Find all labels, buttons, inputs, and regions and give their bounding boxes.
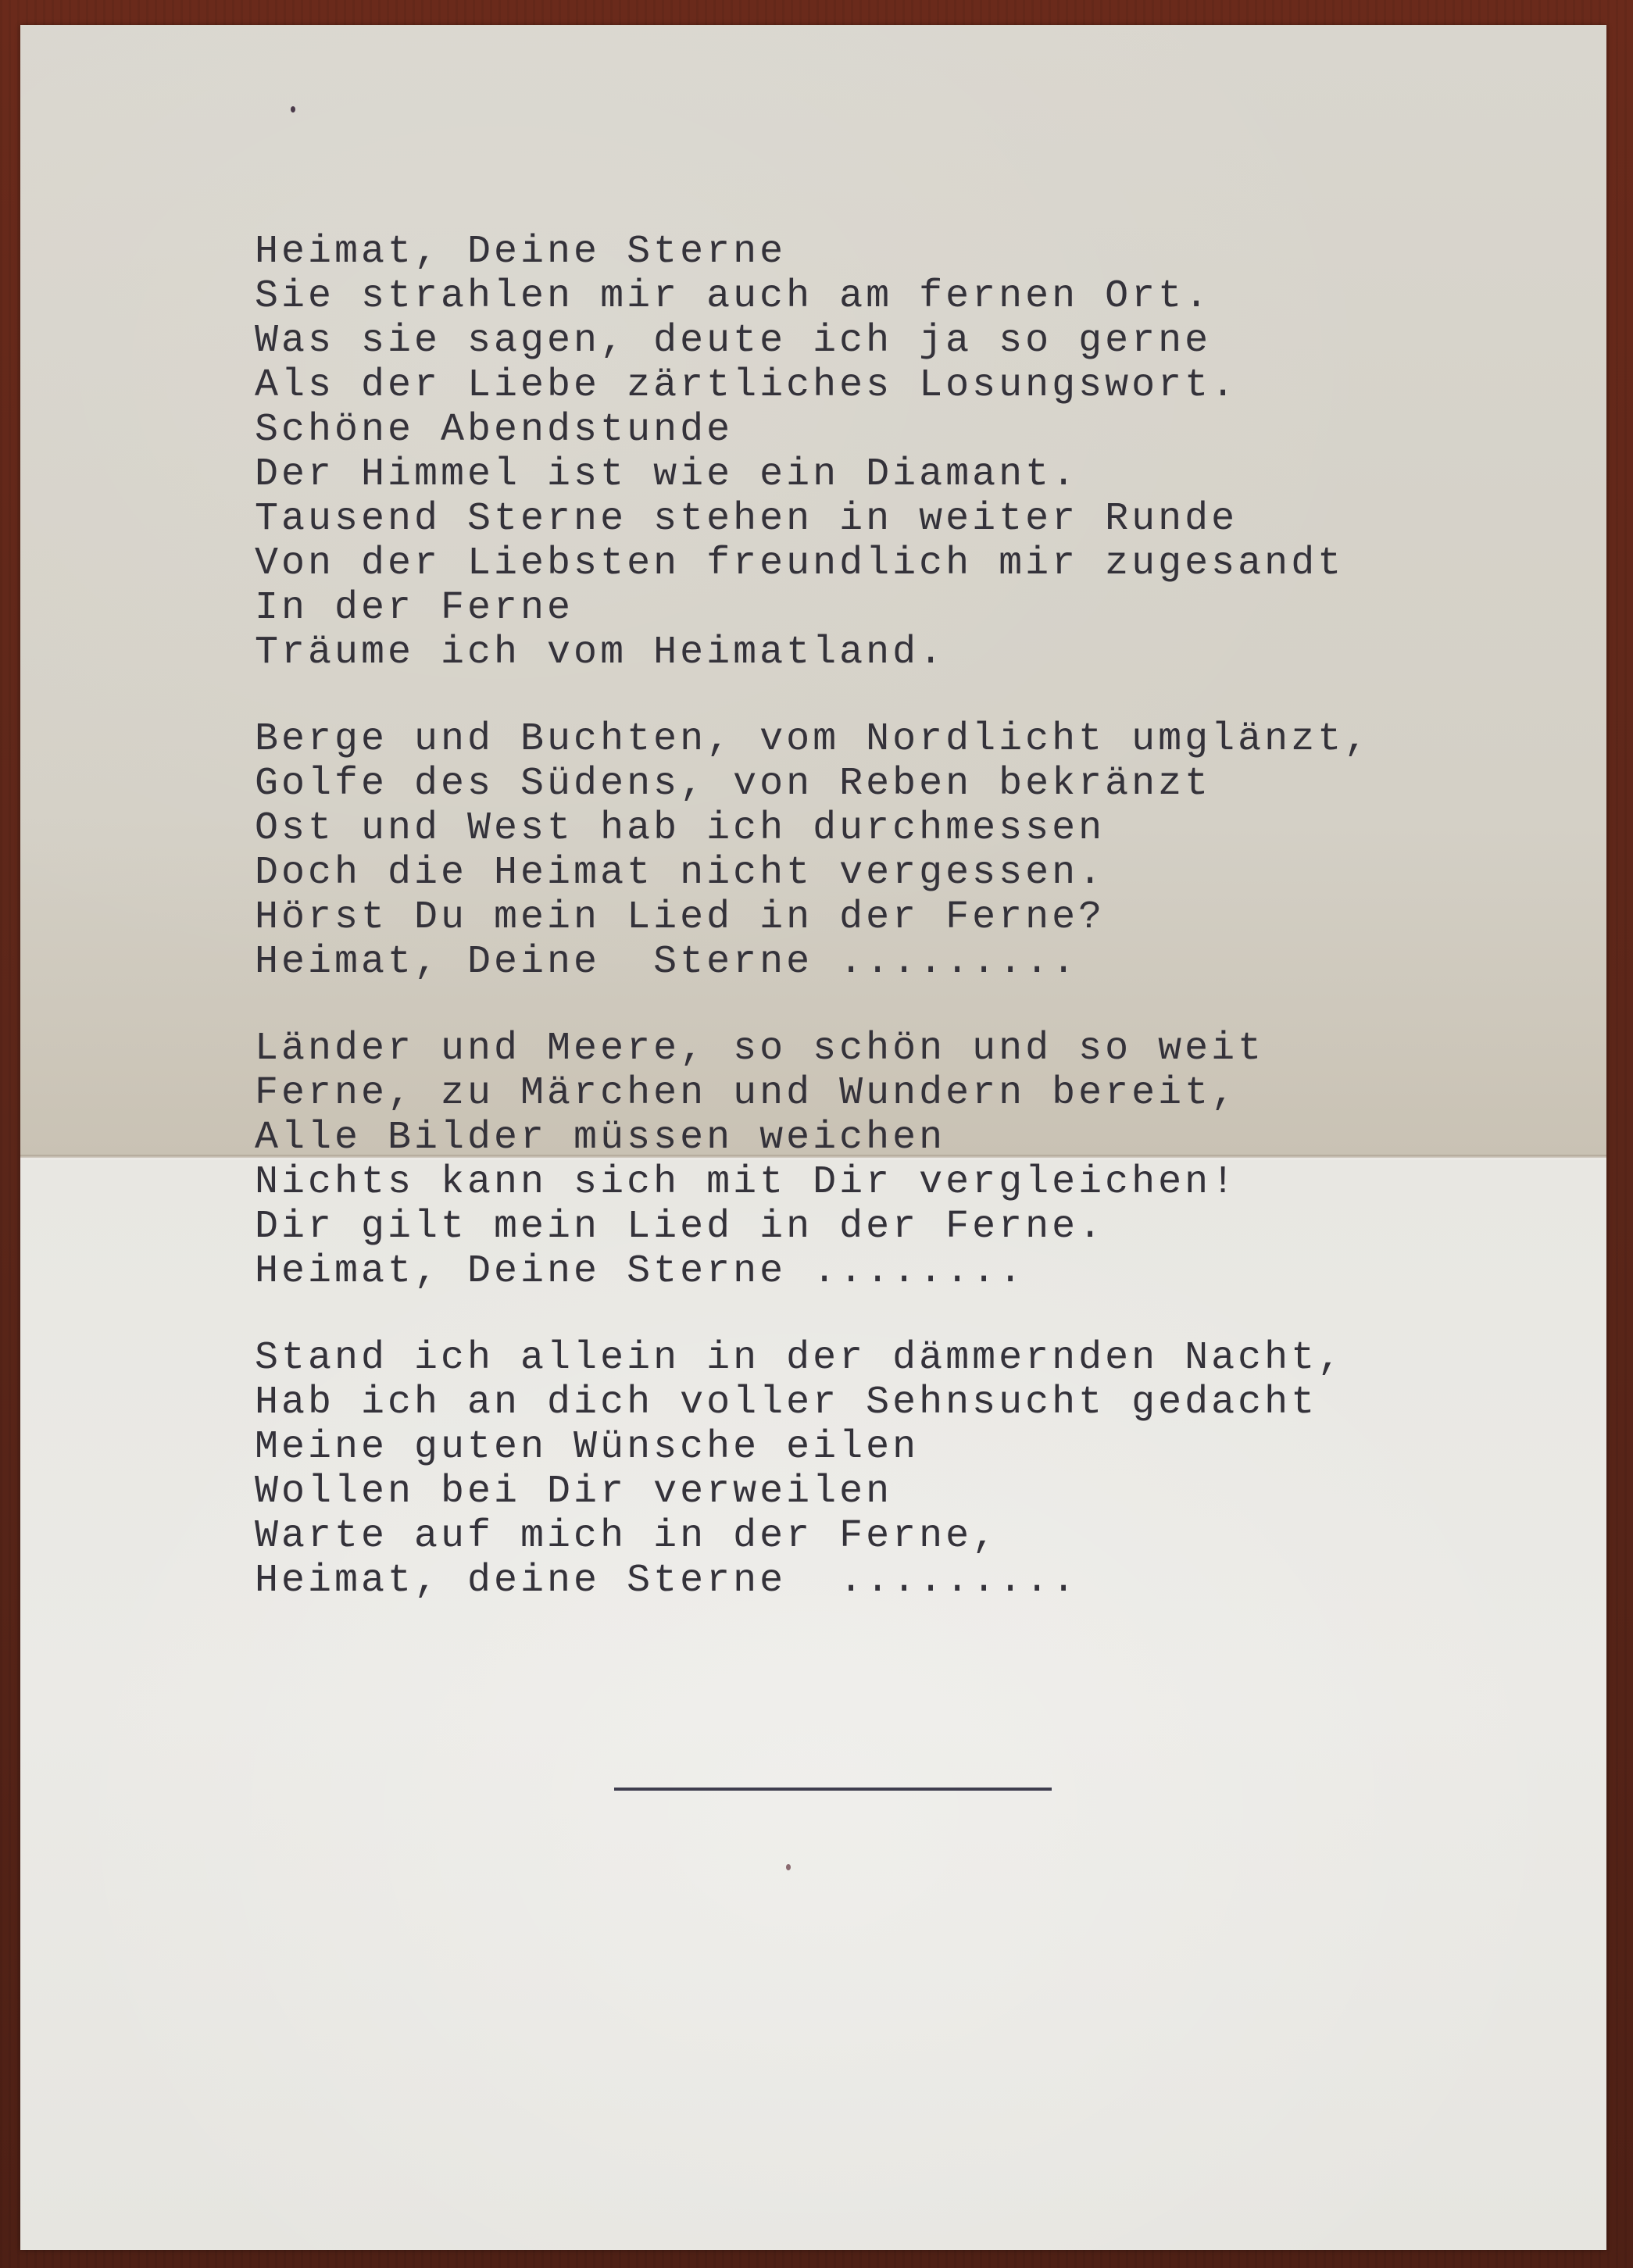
poem-line: Alle Bilder müssen weichen [255, 1116, 1370, 1160]
poem-line: Ost und West hab ich durchmessen [255, 806, 1370, 851]
poem-line: Hörst Du mein Lied in der Ferne? [255, 895, 1370, 940]
poem-line: Was sie sagen, deute ich ja so gerne [255, 319, 1370, 363]
stanza-3: Länder und Meere, so schön und so weit F… [255, 1027, 1370, 1294]
poem-line: Heimat, Deine Sterne ......... [255, 940, 1370, 984]
poem-line: Warte auf mich in der Ferne, [255, 1514, 1370, 1559]
paper-sheet: Heimat, Deine Sterne Sie strahlen mir au… [20, 25, 1606, 2250]
poem-line: Träume ich vom Heimatland. [255, 630, 1370, 675]
stanza-1: Heimat, Deine Sterne Sie strahlen mir au… [255, 230, 1370, 675]
poem-line: Schöne Abendstunde [255, 408, 1370, 452]
poem-line: Meine guten Wünsche eilen [255, 1425, 1370, 1470]
poem-line: Hab ich an dich voller Sehnsucht gedacht [255, 1380, 1370, 1425]
poem-line: Ferne, zu Märchen und Wundern bereit, [255, 1071, 1370, 1116]
poem-line: Länder und Meere, so schön und so weit [255, 1027, 1370, 1071]
stanza-2: Berge und Buchten, vom Nordlicht umglänz… [255, 717, 1370, 984]
poem-line: Golfe des Südens, von Reben bekränzt [255, 762, 1370, 806]
poem-line: Tausend Sterne stehen in weiter Runde [255, 497, 1370, 541]
poem-line: In der Ferne [255, 586, 1370, 630]
stanza-4: Stand ich allein in der dämmernden Nacht… [255, 1336, 1370, 1603]
poem-line: Nichts kann sich mit Dir vergleichen! [255, 1160, 1370, 1205]
poem-line: Heimat, Deine Sterne ........ [255, 1249, 1370, 1294]
ink-speck [291, 106, 295, 113]
poem-line: Berge und Buchten, vom Nordlicht umglänz… [255, 717, 1370, 762]
poem-line: Doch die Heimat nicht vergessen. [255, 851, 1370, 895]
poem-line: Heimat, Deine Sterne [255, 230, 1370, 274]
poem-line: Dir gilt mein Lied in der Ferne. [255, 1205, 1370, 1249]
poem-line: Wollen bei Dir verweilen [255, 1470, 1370, 1514]
poem-line: Als der Liebe zärtliches Losungswort. [255, 363, 1370, 408]
poem-line: Stand ich allein in der dämmernden Nacht… [255, 1336, 1370, 1380]
closing-rule [614, 1788, 1052, 1791]
ink-speck [786, 1864, 791, 1870]
poem-line: Sie strahlen mir auch am fernen Ort. [255, 274, 1370, 319]
poem-body: Heimat, Deine Sterne Sie strahlen mir au… [255, 230, 1370, 1645]
poem-line: Von der Liebsten freundlich mir zugesand… [255, 541, 1370, 586]
poem-line: Heimat, deine Sterne ......... [255, 1559, 1370, 1603]
poem-line: Der Himmel ist wie ein Diamant. [255, 452, 1370, 497]
